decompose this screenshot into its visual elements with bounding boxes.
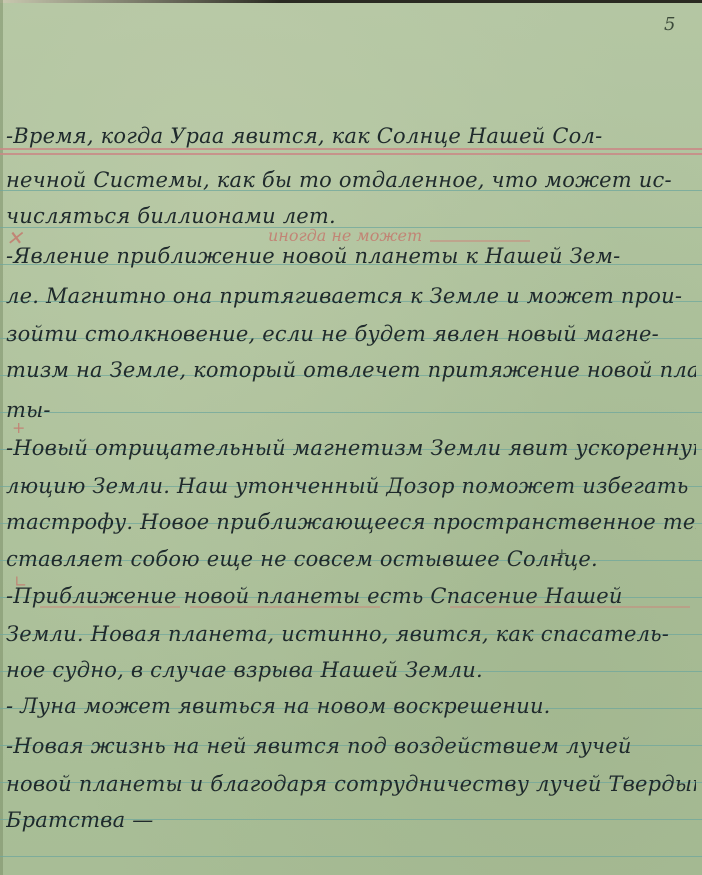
red-pencil-underline (450, 606, 690, 608)
page-number: 5 (664, 14, 675, 35)
text-line-10: люцию Земли. Наш утонченный Дозор поможе… (6, 474, 696, 498)
page-left-edge (0, 0, 3, 875)
page-top-edge (0, 0, 702, 3)
margin-x-mark: ✕ (6, 226, 23, 250)
text-line-14: Земли. Новая планета, истинно, явится, к… (6, 622, 696, 646)
text-line-11: тастрофу. Новое приближающееся пространс… (6, 510, 696, 534)
text-line-16: - Луна может явиться на новом воскрешени… (6, 694, 696, 718)
text-line-6: зойти столкновение, если не будет явлен … (6, 322, 696, 346)
text-line-3: числяться биллионами лет. (6, 204, 696, 228)
text-line-4: -Явление приближение новой планеты к Наш… (6, 244, 696, 268)
text-line-8: ты- (6, 398, 696, 422)
margin-corner-mark: ∟ (14, 572, 27, 591)
margin-plus-mark: + (12, 418, 25, 437)
header-rule-bottom (0, 153, 702, 155)
text-line-9: -Новый отрицательный магнетизм Земли яви… (6, 436, 696, 460)
text-line-19: Братства — (6, 808, 696, 832)
red-pencil-underline (430, 240, 530, 242)
text-line-7: тизм на Земле, который отвлечет притяжен… (6, 358, 696, 382)
red-pencil-underline (190, 606, 380, 608)
inline-plus-mark: + (556, 546, 568, 562)
manuscript-page: 5 -Время, когда Ураа явится, как Солнце … (0, 0, 702, 875)
text-line-15: ное судно, в случае взрыва Нашей Земли. (6, 658, 696, 682)
text-line-2: нечной Системы, как бы то отдаленное, чт… (6, 168, 696, 192)
ruled-line (0, 856, 702, 857)
text-line-17: -Новая жизнь на ней явится под воздейств… (6, 734, 696, 758)
text-line-5: ле. Магнитно она притягивается к Земле и… (6, 284, 696, 308)
red-pencil-note: иногда не может (268, 226, 422, 245)
text-line-1: -Время, когда Ураа явится, как Солнце На… (6, 124, 696, 148)
text-line-13: -Приближение новой планеты есть Спасение… (6, 584, 696, 608)
header-rule-top (0, 148, 702, 150)
text-line-18: новой планеты и благодаря сотрудничеству… (6, 772, 696, 796)
text-line-12: ставляет собою еще не совсем остывшее Со… (6, 547, 696, 571)
red-pencil-underline (40, 606, 180, 608)
